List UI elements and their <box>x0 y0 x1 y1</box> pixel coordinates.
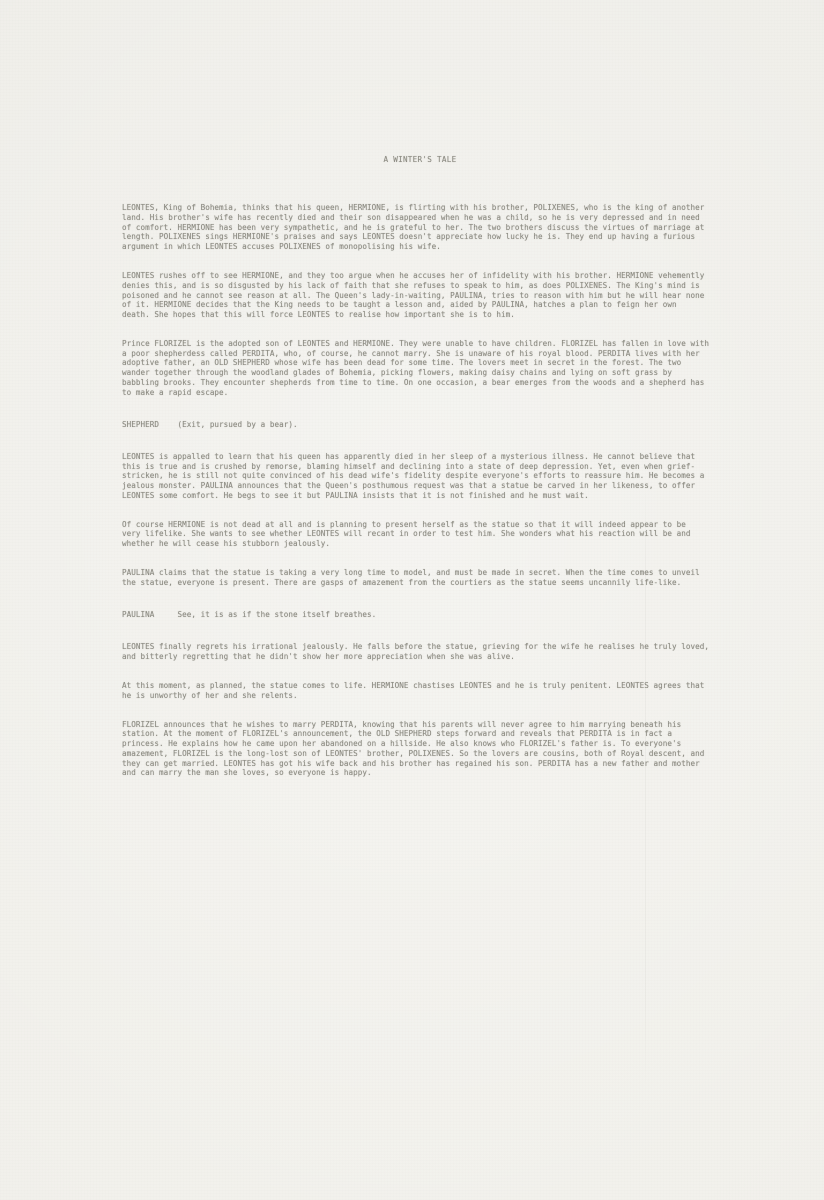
synopsis-paragraph-3: Prince FLORIZEL is the adopted son of LE… <box>122 339 718 397</box>
synopsis-paragraph-8: At this moment, as planned, the statue c… <box>122 681 718 700</box>
photo-of-typed-page: A WINTER'S TALE LEONTES, King of Bohemia… <box>0 0 824 1200</box>
synopsis-paragraph-1: LEONTES, King of Bohemia, thinks that hi… <box>122 203 718 252</box>
synopsis-paragraph-6: PAULINA claims that the statue is taking… <box>122 568 718 587</box>
stage-direction-paulina: PAULINA See, it is as if the stone itsel… <box>122 610 718 620</box>
stage-direction-shepherd: SHEPHERD (Exit, pursued by a bear). <box>122 420 718 430</box>
synopsis-paragraph-7: LEONTES finally regrets his irrational j… <box>122 642 718 661</box>
synopsis-paragraph-5: Of course HERMIONE is not dead at all an… <box>122 520 718 549</box>
synopsis-paragraph-9: FLORIZEL announces that he wishes to mar… <box>122 720 718 778</box>
synopsis-paragraph-2: LEONTES rushes off to see HERMIONE, and … <box>122 271 718 320</box>
typed-text-block: A WINTER'S TALE LEONTES, King of Bohemia… <box>122 136 718 797</box>
synopsis-paragraph-4: LEONTES is appalled to learn that his qu… <box>122 452 718 501</box>
page-title: A WINTER'S TALE <box>122 155 718 165</box>
